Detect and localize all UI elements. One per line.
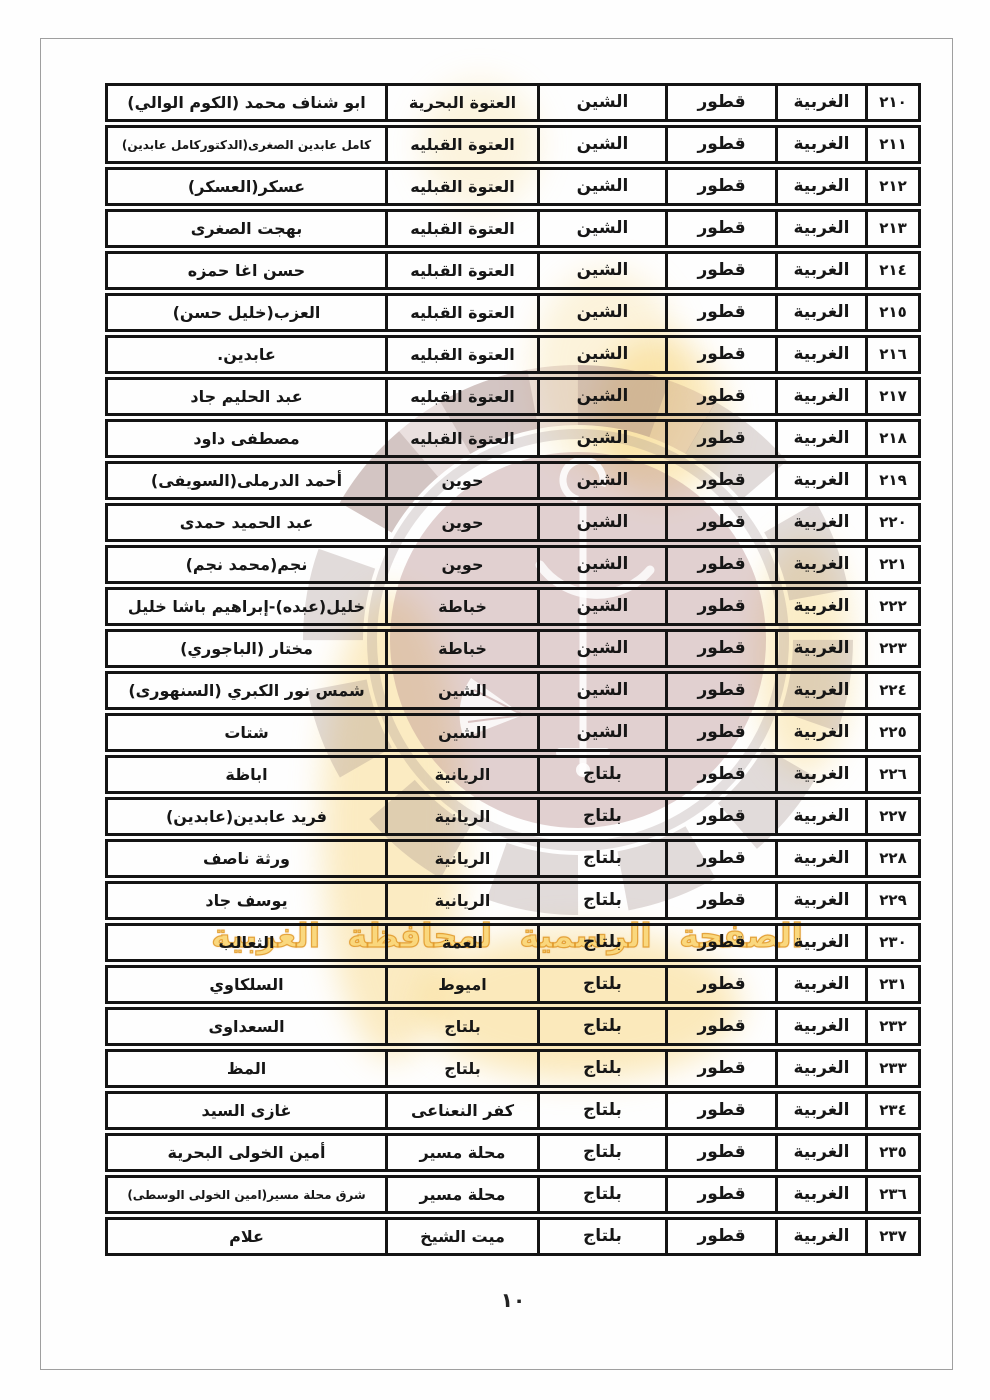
cell-markaz: قطور [668, 338, 778, 371]
cell-serial-number: ٢٣٣ [868, 1052, 918, 1085]
cell-markaz: قطور [668, 758, 778, 791]
cell-district: الشين [540, 422, 668, 455]
cell-name: نجم(محمد نجم) [108, 548, 388, 581]
table-row: ٢١٦ الغربية قطور الشين العتوة القبليه عا… [105, 335, 921, 374]
cell-markaz: قطور [668, 422, 778, 455]
cell-serial-number: ٢١٢ [868, 170, 918, 203]
table-row: ٢٢٢ الغربية قطور الشين خباطة خليل(عبده)-… [105, 587, 921, 626]
cell-name: مختار (الباجوري) [108, 632, 388, 665]
cell-name: غازى السيد [108, 1094, 388, 1127]
cell-name: عبد الحميد حمدى [108, 506, 388, 539]
cell-district: الشين [540, 590, 668, 623]
cell-markaz: قطور [668, 968, 778, 1001]
cell-name: شتات [108, 716, 388, 749]
cell-serial-number: ٢١٨ [868, 422, 918, 455]
cell-name: شرق محلة مسير(امين الخولى الوسطى) [108, 1178, 388, 1211]
cell-serial-number: ٢٢٤ [868, 674, 918, 707]
cell-serial-number: ٢٣٥ [868, 1136, 918, 1169]
cell-serial-number: ٢١٩ [868, 464, 918, 497]
cell-district: بلتاج [540, 1010, 668, 1043]
cell-district: الشين [540, 338, 668, 371]
cell-village: العتوة القبليه [388, 338, 540, 371]
cell-markaz: قطور [668, 1010, 778, 1043]
table-row: ٢٣٥ الغربية قطور بلتاج محلة مسير أمين ال… [105, 1133, 921, 1172]
cell-serial-number: ٢٢٧ [868, 800, 918, 833]
cell-serial-number: ٢٢٦ [868, 758, 918, 791]
cell-village: خباطة [388, 632, 540, 665]
cell-governorate: الغربية [778, 254, 868, 287]
cell-district: بلتاج [540, 884, 668, 917]
table-row: ٢٣٢ الغربية قطور بلتاج بلتاج السعداوى [105, 1007, 921, 1046]
cell-serial-number: ٢٣١ [868, 968, 918, 1001]
cell-village: العتوة القبليه [388, 380, 540, 413]
cell-governorate: الغربية [778, 884, 868, 917]
cell-village: الريانية [388, 758, 540, 791]
cell-district: الشين [540, 296, 668, 329]
cell-markaz: قطور [668, 884, 778, 917]
cell-village: الريانية [388, 884, 540, 917]
cell-village: الريانية [388, 800, 540, 833]
cell-markaz: قطور [668, 716, 778, 749]
cell-name: السعداوى [108, 1010, 388, 1043]
cell-markaz: قطور [668, 86, 778, 119]
cell-governorate: الغربية [778, 86, 868, 119]
cell-governorate: الغربية [778, 170, 868, 203]
cell-markaz: قطور [668, 632, 778, 665]
cell-governorate: الغربية [778, 632, 868, 665]
cell-serial-number: ٢٣٦ [868, 1178, 918, 1211]
cell-district: الشين [540, 548, 668, 581]
cell-governorate: الغربية [778, 212, 868, 245]
cell-markaz: قطور [668, 1094, 778, 1127]
cell-name: المظ [108, 1052, 388, 1085]
cell-district: الشين [540, 128, 668, 161]
cell-name: ورثة ناصف [108, 842, 388, 875]
cell-district: بلتاج [540, 968, 668, 1001]
cell-serial-number: ٢١٣ [868, 212, 918, 245]
cell-governorate: الغربية [778, 422, 868, 455]
cell-markaz: قطور [668, 1052, 778, 1085]
cell-name: اباظة [108, 758, 388, 791]
cell-markaz: قطور [668, 506, 778, 539]
table-row: ٢٢٣ الغربية قطور الشين خباطة مختار (البا… [105, 629, 921, 668]
cell-markaz: قطور [668, 800, 778, 833]
cell-district: الشين [540, 464, 668, 497]
cell-district: بلتاج [540, 842, 668, 875]
cell-district: بلتاج [540, 1136, 668, 1169]
table-row: ٢٣٧ الغربية قطور بلتاج ميت الشيخ علام [105, 1217, 921, 1256]
table-row: ٢٢٥ الغربية قطور الشين الشين شتات [105, 713, 921, 752]
cell-governorate: الغربية [778, 128, 868, 161]
cell-district: الشين [540, 212, 668, 245]
cell-serial-number: ٢٣٢ [868, 1010, 918, 1043]
cell-village: بلتاج [388, 1010, 540, 1043]
cell-governorate: الغربية [778, 506, 868, 539]
table-row: ٢٢٧ الغربية قطور بلتاج الريانية فريد عاب… [105, 797, 921, 836]
table-row: ٢٢٦ الغربية قطور بلتاج الريانية اباظة [105, 755, 921, 794]
cell-markaz: قطور [668, 926, 778, 959]
cell-serial-number: ٢٢٨ [868, 842, 918, 875]
cell-name: السلكاوي [108, 968, 388, 1001]
cell-markaz: قطور [668, 548, 778, 581]
cell-governorate: الغربية [778, 1052, 868, 1085]
cell-governorate: الغربية [778, 1220, 868, 1253]
table-row: ٢٣٦ الغربية قطور بلتاج محلة مسير شرق محل… [105, 1175, 921, 1214]
cell-district: بلتاج [540, 926, 668, 959]
table-row: ٢٢٠ الغربية قطور الشين حوين عبد الحميد ح… [105, 503, 921, 542]
cell-governorate: الغربية [778, 380, 868, 413]
cell-governorate: الغربية [778, 674, 868, 707]
cell-serial-number: ٢٢٥ [868, 716, 918, 749]
cell-governorate: الغربية [778, 296, 868, 329]
cell-serial-number: ٢١٧ [868, 380, 918, 413]
electoral-districts-table: ٢١٠ الغربية قطور الشين العتوة البحرية اب… [105, 83, 921, 1259]
cell-district: الشين [540, 506, 668, 539]
table-row: ٢١٧ الغربية قطور الشين العتوة القبليه عب… [105, 377, 921, 416]
cell-district: الشين [540, 716, 668, 749]
cell-name: عابدين. [108, 338, 388, 371]
table-row: ٢١٩ الغربية قطور الشين حوين أحمد الدرملى… [105, 461, 921, 500]
cell-village: العمة [388, 926, 540, 959]
cell-village: الريانية [388, 842, 540, 875]
cell-village: الشين [388, 674, 540, 707]
cell-district: الشين [540, 170, 668, 203]
cell-village: خباطة [388, 590, 540, 623]
cell-serial-number: ٢١٠ [868, 86, 918, 119]
cell-village: العتوة القبليه [388, 296, 540, 329]
cell-name: عسكر(العسكر) [108, 170, 388, 203]
cell-name: خليل(عبده)-إبراهيم باشا خليل [108, 590, 388, 623]
table-row: ٢٢٨ الغربية قطور بلتاج الريانية ورثة ناص… [105, 839, 921, 878]
cell-village: حوين [388, 506, 540, 539]
cell-name: شمس نور الكبري (السنهورى) [108, 674, 388, 707]
cell-village: العتوة القبليه [388, 128, 540, 161]
page-number: ١٠ [105, 1288, 921, 1312]
cell-governorate: الغربية [778, 1136, 868, 1169]
cell-serial-number: ٢٢٩ [868, 884, 918, 917]
cell-name: الثعالب [108, 926, 388, 959]
cell-serial-number: ٢١١ [868, 128, 918, 161]
cell-district: بلتاج [540, 758, 668, 791]
cell-name: أحمد الدرملى(السويفى) [108, 464, 388, 497]
cell-village: اميوط [388, 968, 540, 1001]
cell-serial-number: ٢٣٤ [868, 1094, 918, 1127]
cell-name: عبد الحليم جاد [108, 380, 388, 413]
cell-name: علام [108, 1220, 388, 1253]
cell-district: بلتاج [540, 800, 668, 833]
cell-serial-number: ٢٣٧ [868, 1220, 918, 1253]
cell-village: كفر النعناعى [388, 1094, 540, 1127]
cell-district: الشين [540, 632, 668, 665]
cell-governorate: الغربية [778, 590, 868, 623]
cell-district: بلتاج [540, 1178, 668, 1211]
cell-serial-number: ٢١٥ [868, 296, 918, 329]
cell-village: بلتاج [388, 1052, 540, 1085]
cell-district: الشين [540, 86, 668, 119]
cell-name: كامل عابدين الصغرى(الدكتوركامل عابدين) [108, 128, 388, 161]
table-row: ٢٢٤ الغربية قطور الشين الشين شمس نور الك… [105, 671, 921, 710]
cell-serial-number: ٢٢٢ [868, 590, 918, 623]
cell-serial-number: ٢١٤ [868, 254, 918, 287]
cell-district: بلتاج [540, 1094, 668, 1127]
cell-name: حسن اغا حمزه [108, 254, 388, 287]
cell-district: بلتاج [540, 1052, 668, 1085]
cell-district: الشين [540, 380, 668, 413]
cell-village: العتوة البحرية [388, 86, 540, 119]
cell-markaz: قطور [668, 380, 778, 413]
cell-name: العزب(خليل حسن) [108, 296, 388, 329]
cell-governorate: الغربية [778, 1010, 868, 1043]
scanned-document-page: الصفحة الرسمية لمحافظة الغربية ٢١٠ الغرب… [0, 0, 990, 1400]
cell-governorate: الغربية [778, 758, 868, 791]
cell-village: محلة مسير [388, 1178, 540, 1211]
cell-village: العتوة القبليه [388, 422, 540, 455]
table-row: ٢١٨ الغربية قطور الشين العتوة القبليه مص… [105, 419, 921, 458]
cell-markaz: قطور [668, 590, 778, 623]
cell-markaz: قطور [668, 674, 778, 707]
table-row: ٢١١ الغربية قطور الشين العتوة القبليه كا… [105, 125, 921, 164]
cell-village: العتوة القبليه [388, 170, 540, 203]
table-row: ٢١٥ الغربية قطور الشين العتوة القبليه ال… [105, 293, 921, 332]
cell-markaz: قطور [668, 170, 778, 203]
cell-markaz: قطور [668, 1136, 778, 1169]
cell-village: ميت الشيخ [388, 1220, 540, 1253]
cell-markaz: قطور [668, 296, 778, 329]
table-row: ٢٢١ الغربية قطور الشين حوين نجم(محمد نجم… [105, 545, 921, 584]
cell-serial-number: ٢٢٣ [868, 632, 918, 665]
cell-serial-number: ٢٢٠ [868, 506, 918, 539]
cell-markaz: قطور [668, 254, 778, 287]
table-row: ٢١٤ الغربية قطور الشين العتوة القبليه حس… [105, 251, 921, 290]
cell-village: العتوة القبليه [388, 212, 540, 245]
table-row: ٢٢٩ الغربية قطور بلتاج الريانية يوسف جاد [105, 881, 921, 920]
cell-markaz: قطور [668, 1178, 778, 1211]
cell-village: العتوة القبليه [388, 254, 540, 287]
table-row: ٢٣٤ الغربية قطور بلتاج كفر النعناعى غازى… [105, 1091, 921, 1130]
cell-governorate: الغربية [778, 842, 868, 875]
cell-markaz: قطور [668, 212, 778, 245]
cell-serial-number: ٢٢١ [868, 548, 918, 581]
cell-district: بلتاج [540, 1220, 668, 1253]
cell-markaz: قطور [668, 128, 778, 161]
table-row: ٢٣٣ الغربية قطور بلتاج بلتاج المظ [105, 1049, 921, 1088]
cell-governorate: الغربية [778, 1178, 868, 1211]
cell-governorate: الغربية [778, 464, 868, 497]
cell-name: بهجت الصغرى [108, 212, 388, 245]
cell-governorate: الغربية [778, 338, 868, 371]
cell-name: يوسف جاد [108, 884, 388, 917]
cell-name: أمين الخولى البحرية [108, 1136, 388, 1169]
cell-serial-number: ٢٣٠ [868, 926, 918, 959]
cell-name: ابو شناف محمد (الكوم الوالي) [108, 86, 388, 119]
table-row: ٢٣٠ الغربية قطور بلتاج العمة الثعالب [105, 923, 921, 962]
cell-governorate: الغربية [778, 548, 868, 581]
cell-district: الشين [540, 254, 668, 287]
cell-village: حوين [388, 548, 540, 581]
table-row: ٢١٢ الغربية قطور الشين العتوة القبليه عس… [105, 167, 921, 206]
table-row: ٢١٠ الغربية قطور الشين العتوة البحرية اب… [105, 83, 921, 122]
cell-governorate: الغربية [778, 716, 868, 749]
cell-markaz: قطور [668, 842, 778, 875]
cell-markaz: قطور [668, 1220, 778, 1253]
cell-governorate: الغربية [778, 926, 868, 959]
cell-governorate: الغربية [778, 800, 868, 833]
table-row: ٢٣١ الغربية قطور بلتاج اميوط السلكاوي [105, 965, 921, 1004]
table-row: ٢١٣ الغربية قطور الشين العتوة القبليه به… [105, 209, 921, 248]
cell-village: حوين [388, 464, 540, 497]
cell-serial-number: ٢١٦ [868, 338, 918, 371]
cell-governorate: الغربية [778, 1094, 868, 1127]
cell-name: مصطفى داود [108, 422, 388, 455]
cell-name: فريد عابدين(عابدين) [108, 800, 388, 833]
cell-governorate: الغربية [778, 968, 868, 1001]
cell-markaz: قطور [668, 464, 778, 497]
cell-village: محلة مسير [388, 1136, 540, 1169]
cell-district: الشين [540, 674, 668, 707]
cell-village: الشين [388, 716, 540, 749]
